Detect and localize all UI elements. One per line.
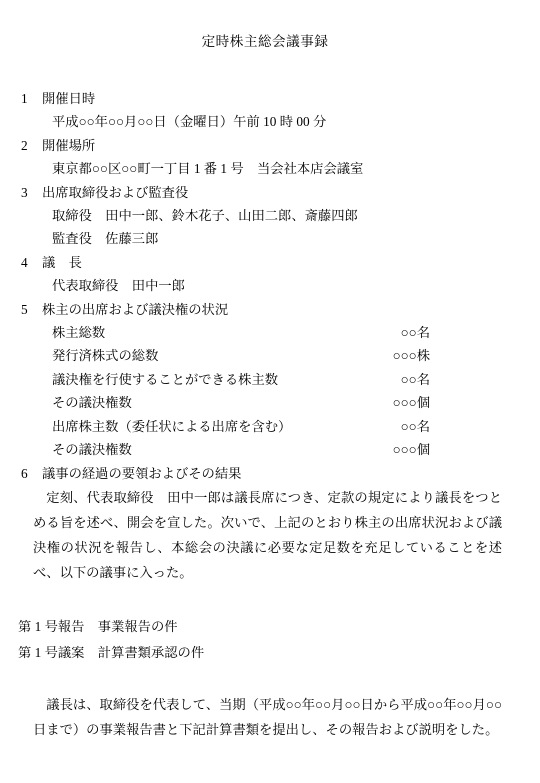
section-3-heading-row: 3 出席取締役および監査役 xyxy=(18,181,512,204)
section-3-title: 出席取締役および監査役 xyxy=(42,181,188,204)
agenda-item-report: 第 1 号報告 事業報告の件 xyxy=(18,614,512,640)
stat-value: ○○○個 xyxy=(393,391,430,414)
stat-row-shareholders-total: 株主総数 ○○名 xyxy=(18,321,430,344)
section-6-heading-row: 6 議事の経過の要領およびその結果 xyxy=(18,462,512,485)
meeting-place-line: 東京都○○区○○町一丁目 1 番 1 号 当会社本店会議室 xyxy=(18,157,512,180)
section-5-heading-row: 5 株主の出席および議決権の状況 xyxy=(18,298,512,321)
agenda-list: 第 1 号報告 事業報告の件 第 1 号議案 計算書類承認の件 xyxy=(18,614,512,666)
stat-label: その議決権数 xyxy=(52,391,132,414)
section-6-number: 6 xyxy=(18,462,42,485)
stat-value: ○○名 xyxy=(401,368,430,391)
section-4-title: 議 長 xyxy=(42,251,82,274)
section-2-number: 2 xyxy=(18,134,42,157)
stat-label: その議決権数 xyxy=(52,438,132,461)
section-2-title: 開催場所 xyxy=(42,134,95,157)
section-5-number: 5 xyxy=(18,298,42,321)
document-title: 定時株主総会議事録 xyxy=(18,30,512,53)
stat-row-attending-shareholders: 出席株主数（委任状による出席を含む） ○○名 xyxy=(18,415,430,438)
section-4-number: 4 xyxy=(18,251,42,274)
stat-row-voting-shareholders: 議決権を行使することができる株主数 ○○名 xyxy=(18,368,430,391)
stat-label: 発行済株式の総数 xyxy=(52,344,158,367)
stat-row-issued-shares: 発行済株式の総数 ○○○株 xyxy=(18,344,430,367)
section-2-heading-row: 2 開催場所 xyxy=(18,134,512,157)
section-1-title: 開催日時 xyxy=(42,87,95,110)
stat-label: 出席株主数（委任状による出席を含む） xyxy=(52,415,291,438)
auditor-line: 監査役 佐藤三郎 xyxy=(18,227,512,250)
directors-line: 取締役 田中一郎、鈴木花子、山田二郎、斎藤四郎 xyxy=(18,204,512,227)
closing-paragraph: 議長は、取締役を代表して、当期（平成○○年○○月○○日から平成○○年○○月○○日… xyxy=(33,692,502,742)
stat-value: ○○○株 xyxy=(393,344,430,367)
section-4-heading-row: 4 議 長 xyxy=(18,251,512,274)
chairman-line: 代表取締役 田中一郎 xyxy=(18,274,512,297)
document-page: 定時株主総会議事録 1 開催日時 平成○○年○○月○○日（金曜日）午前 10 時… xyxy=(0,0,540,783)
meeting-datetime-line: 平成○○年○○月○○日（金曜日）午前 10 時 00 分 xyxy=(18,110,512,133)
opening-paragraph: 定刻、代表取締役 田中一郎は議長席につき、定款の規定により議長をつとめる旨を述べ… xyxy=(33,485,502,585)
stat-label: 議決権を行使することができる株主数 xyxy=(52,368,278,391)
stat-row-voting-rights: その議決権数 ○○○個 xyxy=(18,391,430,414)
section-5-title: 株主の出席および議決権の状況 xyxy=(42,298,228,321)
section-1-heading-row: 1 開催日時 xyxy=(18,87,512,110)
stat-value: ○○名 xyxy=(401,415,430,438)
stat-label: 株主総数 xyxy=(52,321,105,344)
stat-row-attending-voting-rights: その議決権数 ○○○個 xyxy=(18,438,430,461)
stat-value: ○○名 xyxy=(401,321,430,344)
section-6-title: 議事の経過の要領およびその結果 xyxy=(42,462,241,485)
agenda-item-proposal: 第 1 号議案 計算書類承認の件 xyxy=(18,640,512,666)
stat-value: ○○○個 xyxy=(393,438,430,461)
section-3-number: 3 xyxy=(18,181,42,204)
section-1-number: 1 xyxy=(18,87,42,110)
